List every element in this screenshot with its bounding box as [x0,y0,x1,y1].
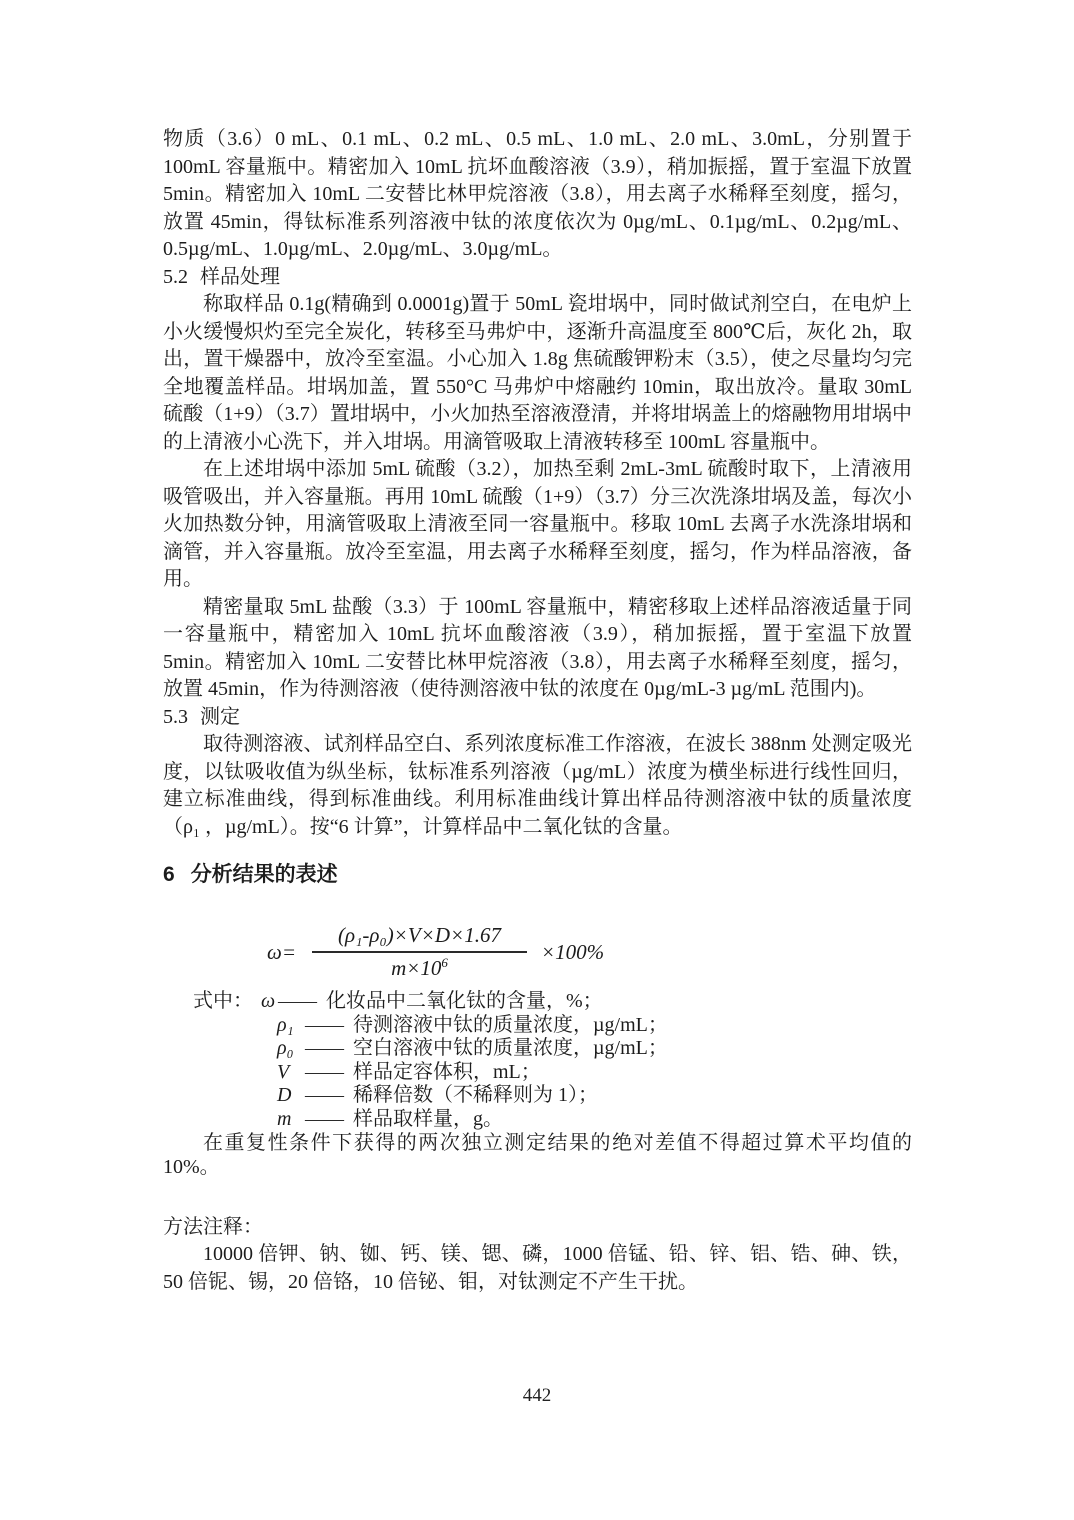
term-description: 样品定容体积，mL； [353,1061,541,1085]
paragraph-sample-ashing: 称取样品 0.1g(精确到 0.0001g)置于 50mL 瓷坩埚中，同时做试剂… [163,291,912,456]
paragraph-measurement: 取待测溶液、试剂样品空白、系列浓度标准工作溶液，在波长 388nm 处测定吸光度… [163,731,912,841]
heading-6-number: 6 [163,863,175,886]
term-row-mass: m —— 样品取样量，g。 [277,1108,912,1132]
omega-formula: ω= (ρ₁-ρ₀)×V×D×1.67 m×106 ×100% [267,923,912,980]
paragraph-method-notes: 10000 倍钾、钠、铷、钙、镁、锶、磷，1000 倍锰、铅、锌、铝、锆、砷、铁… [163,1241,912,1296]
term-dash: —— [305,1014,343,1038]
formula-fraction: (ρ₁-ρ₀)×V×D×1.67 m×106 [312,923,527,980]
paragraph-standard-series-continuation: 物质（3.6）0 mL、0.1 mL、0.2 mL、0.5 mL、1.0 mL、… [163,126,912,264]
term-description: 稀释倍数（不稀释则为 1）； [353,1084,598,1108]
formula-multiplier: ×100% [541,940,604,964]
term-symbol: D [277,1084,305,1108]
heading-5-2-title: 样品处理 [200,266,280,288]
term-symbol: ω [261,990,278,1014]
heading-5-3: 5.3测定 [163,704,912,732]
formula-terms-list: 式中： ω —— 化妆品中二氧化钛的含量，%； ρ₁ —— 待测溶液中钛的质量浓… [163,990,912,1131]
formula-denominator-exponent: 6 [441,955,448,970]
term-description: 待测溶液中钛的质量浓度，µg/mL； [353,1014,668,1038]
heading-5-2-number: 5.2 [163,266,188,288]
term-row-volume: V —— 样品定容体积，mL； [277,1061,912,1085]
term-symbol: ρ₀ [277,1037,305,1061]
term-dash: —— [305,1108,343,1132]
paragraph-crucible-washing: 在上述坩埚中添加 5mL 硫酸（3.2），加热至剩 2mL-3mL 硫酸时取下，… [163,456,912,594]
heading-6-title: 分析结果的表述 [191,863,338,886]
term-description: 样品取样量，g。 [353,1108,503,1132]
paragraph-repeatability: 在重复性条件下获得的两次独立测定结果的绝对差值不得超过算术平均值的 10%。 [163,1131,912,1179]
term-row-dilution: D —— 稀释倍数（不稀释则为 1）； [277,1084,912,1108]
formula-lhs: ω= [267,940,296,964]
term-row-omega: 式中： ω —— 化妆品中二氧化钛的含量，%； [193,990,912,1014]
notes-heading: 方法注释： [163,1213,912,1241]
term-dash: —— [305,1037,343,1061]
term-row-rho1: ρ₁ —— 待测溶液中钛的质量浓度，µg/mL； [277,1014,912,1038]
formula-denominator: m×106 [312,951,527,980]
formula-denominator-base: m×10 [391,956,441,980]
paragraph-test-solution-prep: 精密量取 5mL 盐酸（3.3）于 100mL 容量瓶中，精密移取上述样品溶液适… [163,594,912,704]
heading-6: 6分析结果的表述 [163,861,912,889]
term-description: 化妆品中二氧化钛的含量，%； [326,990,603,1014]
heading-5-3-number: 5.3 [163,706,188,728]
term-dash: —— [305,1061,343,1085]
term-symbol: V [277,1061,305,1085]
term-symbol: m [277,1108,305,1132]
term-dash: —— [305,1084,343,1108]
page-number: 442 [523,1385,552,1406]
page-footer: 442 [0,1385,1074,1407]
heading-5-3-title: 测定 [200,706,240,728]
term-dash: —— [278,990,316,1014]
document-page: 物质（3.6）0 mL、0.1 mL、0.2 mL、0.5 mL、1.0 mL、… [0,0,1074,1520]
formula-numerator: (ρ₁-ρ₀)×V×D×1.67 [312,923,527,951]
term-symbol: ρ₁ [277,1014,305,1038]
term-description: 空白溶液中钛的质量浓度，µg/mL； [353,1037,668,1061]
where-label: 式中： [193,990,261,1014]
term-row-rho0: ρ₀ —— 空白溶液中钛的质量浓度，µg/mL； [277,1037,912,1061]
heading-5-2: 5.2样品处理 [163,264,912,292]
